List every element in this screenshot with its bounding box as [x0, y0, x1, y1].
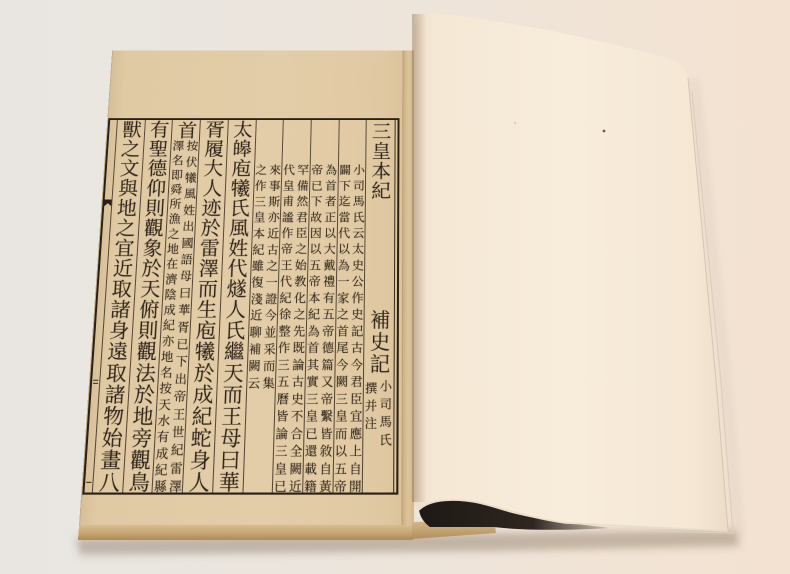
photo-scene: 三皇本紀 補史記 小司馬氏 撰并注 小司馬氏云太史公作史記古今君臣宜應上自開 闢… [0, 0, 790, 574]
paper-speck [514, 122, 516, 124]
spine-shadow [412, 14, 426, 502]
right-page-layer [0, 0, 790, 574]
right-blank-page [414, 13, 728, 530]
paper-speck [603, 130, 606, 133]
